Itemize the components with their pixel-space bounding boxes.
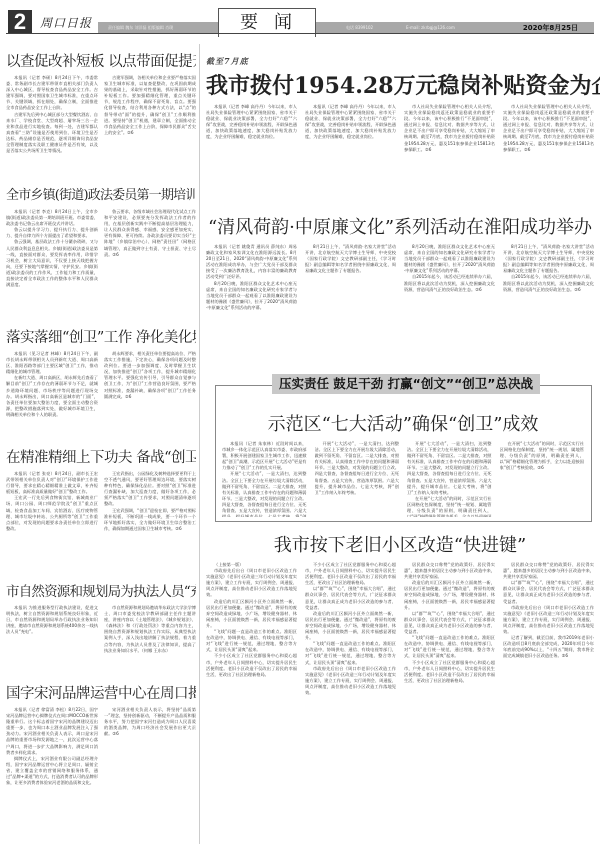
- masthead-rule: [6, 33, 594, 34]
- article-body-col3: 开展“七大活动”，一是大清扫，达到整洁。全区上下要全力在开展垃圾大清除活动，做到…: [407, 441, 492, 517]
- article-precision-chuangwei: 在精准精细上下功夫 备战“创卫”大考 本报讯（记者 张亮）8月24日，副市长王宏…: [6, 448, 196, 573]
- article-headline: 我市按下老旧小区改造“快进键”: [206, 533, 594, 559]
- article-body-col1: 本报讯（记者 张亮）8月24日，副市长王宏武带领相关单位负责人对“创卫”环境保护…: [6, 471, 98, 571]
- article-headline: 落实落细“创卫”工作 净化美化城市环境: [6, 328, 196, 348]
- article-body-col2: 鲁云要求，各级市域社会治理现代化试点工作和平安建设，必须要充分发挥政法工作者的作…: [104, 209, 196, 321]
- article-qingfeng-heyun: “清风荷韵·中原廉文化”系列活动在淮阳成功举办 本报讯（记者 姚俊青 通讯员 薛…: [206, 215, 594, 355]
- article-shifanqu: 示范区“七大活动”确保“创卫”成效 本报讯（记者 朱家林）近段时间以来，市城乡一…: [222, 412, 584, 520]
- article-body-col2: 吉建军强调，各相关单位和企业要严格落实国家卫生城市标准，以复查促整改，在巩固前期…: [104, 75, 196, 173]
- article-body-col1: 本报讯（记者 姚俊青 通讯员 薛纯东）周易廉政文化和家风家训文化在淮阳源远流长。…: [206, 244, 297, 354]
- article-body-col2: 本报讯（记者 李峰 高丹丹）今年以来，市人社局失业保险管理中心紧紧围绕国家、省市…: [305, 104, 396, 206]
- article-headline: 全市乡镇(街道)政法委员第一期培训班开班: [6, 186, 196, 206]
- article-body-col4: 8月21日上午，“清风荷韵·名家大讲堂”活动开讲，北京航空航天大学博士生导师、中…: [503, 244, 594, 354]
- article-body-col3: 8月20日晚，淮阳区群众文化艺术中心座无虚席，来自全国的知名廉政文化研究专家学者…: [404, 244, 495, 354]
- article-old-community-renovation: 我市按下老旧小区改造“快进键” （上接第一版） 市政府先后出台《周口市老旧小区改…: [206, 533, 594, 845]
- article-body-col3: 市人社局失业保险管理中心相关人员介绍，实施失业保险稳岗返还政策是稳就业的重要手段…: [404, 104, 495, 206]
- article-headline: 以查促改补短板 以点带面促提升: [6, 52, 196, 72]
- article-body-col1: 本报讯（记者 李硕）8月24日下午，市委常委、常务副市长吉建军带领市直相关部门负…: [6, 75, 98, 173]
- article-kicker: 截至7月底: [206, 56, 594, 67]
- page-number: 2: [8, 10, 32, 34]
- article-headline: 在精准精细上下功夫 备战“创卫”大考: [6, 448, 196, 468]
- article-body-col2: 开展“七大活动”，一是大清扫，达到整洁。全区上下要全力在开展垃圾大清除活动，做到…: [315, 441, 400, 517]
- article-headline: 国字宋河品牌运营中心在周口揭牌: [6, 684, 196, 704]
- article-natural-resources: 市自然资源和规划局为执法人员“充电” 本报讯 为推进服务型行政执法建设，促进文明…: [6, 582, 196, 682]
- article-body-col4: 市人社局失业保险管理中心相关人员介绍，实施失业保险稳岗返还政策是稳就业的重要手段…: [503, 104, 594, 206]
- article-headline: 示范区“七大活动”确保“创卫”成效: [222, 412, 584, 438]
- article-body-col2: 不少小区成立了社区党群服务中心和爱心超市，户外老年人日间照料中心，切实提升居民生…: [305, 562, 396, 842]
- article-songhe-brand: 国字宋河品牌运营中心在周口揭牌 本报讯（记者 徐富清 李松）8月22日，国字宋河…: [6, 684, 196, 844]
- article-body-col1: 本报讯（记者 李峰 高丹丹）今年以来，市人社局失业保险管理中心紧紧围绕国家、省市…: [206, 104, 297, 206]
- article-food-safety: 以查促改补短板 以点带面促提升 本报讯（记者 李硕）8月24日下午，市委常委、常…: [6, 52, 196, 177]
- column-divider: [199, 44, 200, 844]
- article-body-col2: 宋河酒业相关负责人表示，将坚持“品质第一”理念，坚持创新驱动，不断提升产品品质和…: [104, 707, 196, 843]
- article-body-col2: 8月21日上午，“清风荷韵·名家大讲堂”活动开讲，北京航空航天大学博士生导师、中…: [305, 244, 396, 354]
- article-body-col4: 在开展“七大活动”的同时，示范区实行社区网格化包保制度，坚持“统一规划、属地管理…: [500, 441, 585, 517]
- article-body-col1: 本报讯（记者 徐富清 李松）8月22日，国字宋河品牌运营中心揭牌仪式在周口MOC…: [6, 707, 98, 843]
- article-body-col1: 本报讯 为推进服务型行政执法建设，促进文明执法，树立自然资源和规划系统良好形象，…: [6, 605, 98, 677]
- special-banner: 压实责任 鼓足干劲 打赢“创文”“创卫”总决战: [272, 374, 540, 394]
- article-body-col4: 居民群众交口称赞“党的政策好、居民得实惠”，越来越多的居民主动参与到小区改造中来…: [503, 562, 594, 842]
- article-body-col3: 居民群众交口称赞“党的政策好、居民得实惠”，越来越多的居民主动参与到小区改造中来…: [404, 562, 495, 842]
- article-body-col1: 本报讯（记者 李克）8月24日上午，全市乡镇(街道)政法委员第一期培训班开班。市…: [6, 209, 98, 321]
- article-body-col2: 胡永辉要求，相关责任单位要提高站位、严格落实工作措施，下定决心，确保各项问题及时…: [104, 351, 196, 443]
- article-training-class: 全市乡镇(街道)政法委员第一期培训班开班 本报讯（记者 李克）8月24日上午，全…: [6, 186, 196, 326]
- article-headline: 市自然资源和规划局为执法人员“充电”: [6, 582, 196, 602]
- article-body-col1: 本报讯（见习记者 林峰）8月24日下午，副市长胡永辉带领相关人员到新红大道、周口…: [6, 351, 98, 443]
- article-body-col2: 王宏武指出，公园绿化及树种选择要更利于上空不透气通风，要更好管理周边环境，要落实…: [104, 471, 196, 571]
- masthead: 2 周口日报 责任编辑 魏东 刘洋磊 组版编辑 肖璞 电话 8399102 E-…: [6, 8, 594, 34]
- article-stable-jobs-subsidy: 截至7月底 我市拨付1954.28万元稳岗补贴资金为企纾困 本报讯（记者 李峰 …: [206, 56, 594, 206]
- article-body-col1: 本报讯（记者 朱家林）近段时间以来，市城乡一体化示范区认真落实市委、市政府部署，…: [222, 441, 307, 517]
- lead-headline: 我市拨付1954.28万元稳岗补贴资金为企纾困: [206, 71, 594, 101]
- article-body-col1: （上接第一版） 市政府先后出台《周口市老旧小区改造工作实施意见》《老旧小区改造三…: [206, 562, 297, 842]
- article-headline: “清风荷韵·中原廉文化”系列活动在淮阳成功举办: [206, 215, 594, 241]
- paper-name-logo: 周口日报: [40, 14, 92, 31]
- article-body-col2: 市自然资源和规划局邀请华东政法大学法学博士、周口市委党校法学教研部副主任作主题讲…: [104, 605, 196, 677]
- article-chuangwei-work: 落实落细“创卫”工作 净化美化城市环境 本报讯（见习记者 林峰）8月24日下午，…: [6, 328, 196, 448]
